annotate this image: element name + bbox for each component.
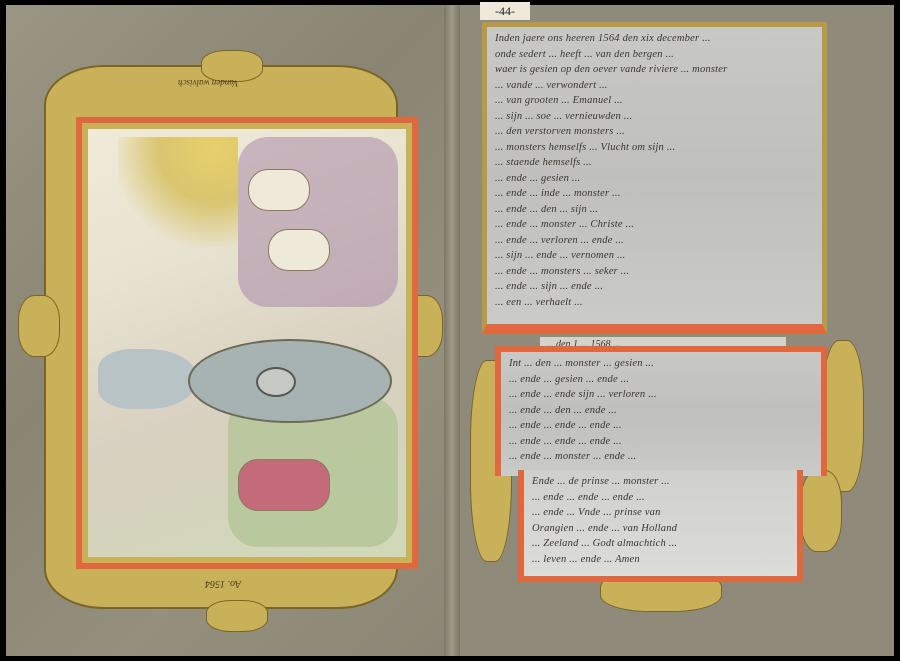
text-line: ... ende ... monster ... ende ... — [509, 449, 813, 465]
cartouche-bottom-caption: Ao. 1564 — [205, 578, 241, 589]
text-line: ... ende ... den ... sijn ... — [495, 202, 814, 218]
text-line: ... ende ... monster ... Christe ... — [495, 217, 814, 233]
text-line: Ende ... de prinse ... monster ... — [532, 474, 789, 490]
text-line: ... ende ... verloren ... ende ... — [495, 233, 814, 249]
whale-head — [98, 349, 198, 409]
figure-1 — [248, 169, 310, 211]
text-line: Inden jaere ons heeren 1564 den xix dece… — [495, 31, 814, 47]
cartouche-bottom-ornament — [206, 600, 268, 632]
upper-text-block: Inden jaere ons heeren 1564 den xix dece… — [482, 22, 827, 334]
text-line: ... ende ... sijn ... ende ... — [495, 279, 814, 295]
text-line: ... ende ... Vnde ... prinse van — [532, 505, 789, 521]
text-line: ... ende ... ende ... ende ... — [509, 434, 813, 450]
text-line: ... ende ... inde ... monster ... — [495, 186, 814, 202]
text-line: ... een ... verhaelt ... — [495, 295, 814, 311]
gutter — [444, 5, 460, 656]
text-line: ... ende ... gesien ... ende ... — [509, 372, 813, 388]
text-line: ... sijn ... soe ... vernieuwden ... — [495, 109, 814, 125]
text-line: ... ende ... ende ... ende ... — [509, 418, 813, 434]
left-page — [6, 5, 446, 656]
figure-2 — [268, 229, 330, 271]
lower-text-block-2: Ende ... de prinse ... monster ... ... e… — [518, 470, 803, 582]
text-line: waer is gesien op den oever vande rivier… — [495, 62, 814, 78]
text-line: ... ende ... ende sijn ... verloren ... — [509, 387, 813, 403]
cartouche-left-ornament — [18, 295, 60, 357]
sun-rays — [118, 137, 238, 247]
text-line: ... ende ... den ... ende ... — [509, 403, 813, 419]
text-line: Orangien ... ende ... van Holland — [532, 521, 789, 537]
text-line: ... den verstorven monsters ... — [495, 124, 814, 140]
text-line: ... Zeeland ... Godt almachtich ... — [532, 536, 789, 552]
right-gold-ornament-2 — [822, 340, 864, 492]
cartouche-top-caption: Vanden walvisch — [178, 78, 238, 88]
text-line: onde sedert ... heeft ... van den bergen… — [495, 47, 814, 63]
illustration-frame — [76, 117, 418, 569]
onlookers-group — [238, 137, 398, 307]
text-line: ... staende hemselfs ... — [495, 155, 814, 171]
right-gold-ornament-3 — [800, 470, 842, 552]
text-line: Int ... den ... monster ... gesien ... — [509, 356, 813, 372]
text-line: ... ende ... ende ... ende ... — [532, 490, 789, 506]
text-line: ... ende ... gesien ... — [495, 171, 814, 187]
text-line: ... vande ... verwondert ... — [495, 78, 814, 94]
text-line: ... sijn ... ende ... vernomen ... — [495, 248, 814, 264]
figure-swordsman — [238, 459, 330, 511]
text-line: ... leven ... ende ... Amen — [532, 552, 789, 568]
text-line: ... ende ... monsters ... seker ... — [495, 264, 814, 280]
lower-text-block: Int ... den ... monster ... gesien ... .… — [495, 346, 827, 476]
text-line: ... van grooten ... Emanuel ... — [495, 93, 814, 109]
text-line: ... monsters hemselfs ... Vlucht om sijn… — [495, 140, 814, 156]
whale-illustration — [88, 129, 406, 557]
whale-eye — [256, 367, 296, 397]
folio-number: -44- — [480, 2, 530, 20]
